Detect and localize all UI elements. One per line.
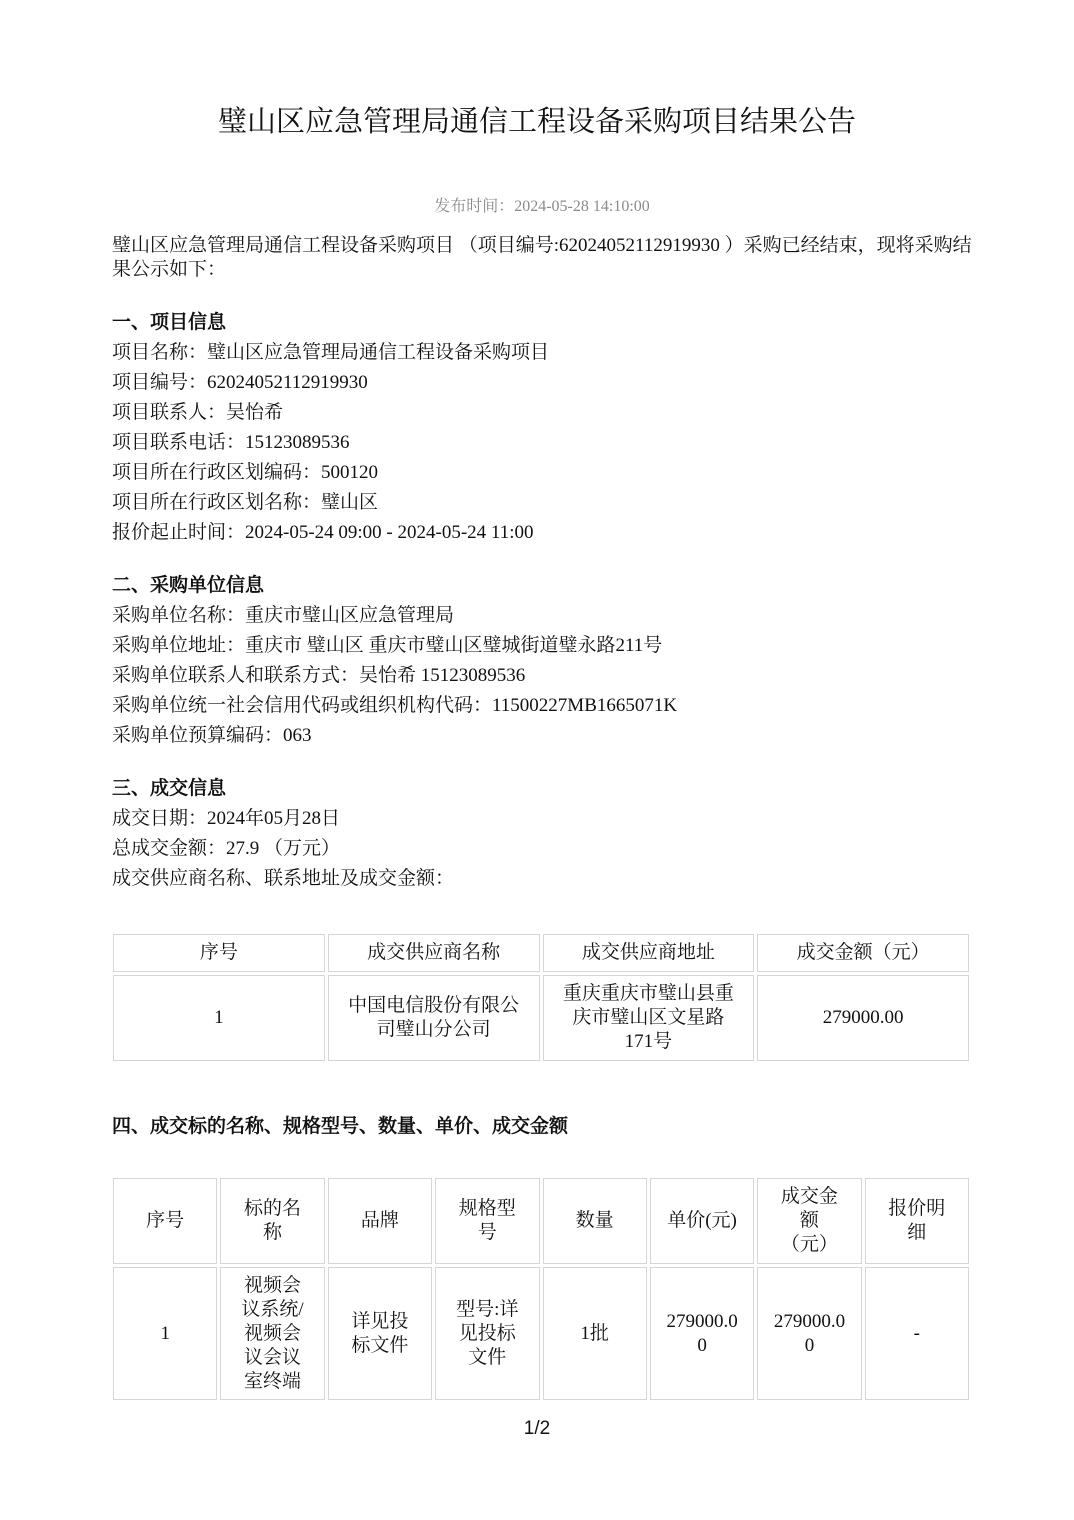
cell-quantity: 1批: [543, 1267, 647, 1400]
page-number: 1/2: [0, 1418, 1074, 1440]
section-deal-info: 三、成交信息 成交日期：2024年05月28日 总成交金额：27.9 （万元） …: [112, 774, 972, 894]
header-index: 序号: [113, 1178, 217, 1264]
supplier-address-text: 重庆重庆市璧山县重庆市璧山区文星路171号: [560, 982, 736, 1054]
supplier-name-text: 中国电信股份有限公司璧山分公司: [346, 994, 522, 1042]
brand-text: 详见投标文件: [348, 1310, 412, 1358]
section-heading: 二、采购单位信息: [112, 571, 972, 601]
header-supplier-address: 成交供应商地址: [543, 934, 755, 972]
header-spec-text: 规格型号: [455, 1197, 519, 1245]
total-amount: 总成交金额：27.9 （万元）: [112, 834, 972, 864]
cell-detail: -: [865, 1267, 969, 1400]
header-amount-text: 成交金额（元）: [777, 1185, 841, 1257]
table-header-row: 序号 成交供应商名称 成交供应商地址 成交金额（元）: [113, 934, 969, 972]
header-spec: 规格型号: [435, 1178, 539, 1264]
purchaser-budget-code: 采购单位预算编码：063: [112, 721, 972, 751]
table-row: 1 中国电信股份有限公司璧山分公司 重庆重庆市璧山县重庆市璧山区文星路171号 …: [113, 975, 969, 1061]
cell-brand: 详见投标文件: [328, 1267, 432, 1400]
purchaser-address: 采购单位地址：重庆市 璧山区 重庆市璧山区璧城街道璧永路211号: [112, 631, 972, 661]
section-purchaser-info: 二、采购单位信息 采购单位名称：重庆市璧山区应急管理局 采购单位地址：重庆市 璧…: [112, 571, 972, 751]
cell-item-name: 视频会议系统/视频会议会议室终端: [220, 1267, 324, 1400]
cell-supplier-name: 中国电信股份有限公司璧山分公司: [328, 975, 540, 1061]
supplier-table: 序号 成交供应商名称 成交供应商地址 成交金额（元） 1 中国电信股份有限公司璧…: [110, 931, 972, 1064]
publish-time: 发布时间：2024-05-28 14:10:00: [0, 195, 1074, 219]
cell-unit-price: 279000.00: [650, 1267, 754, 1400]
region-code: 项目所在行政区划编码：500120: [112, 458, 972, 488]
purchaser-contact: 采购单位联系人和联系方式：吴怡希 15123089536: [112, 661, 972, 691]
header-detail: 报价明细: [865, 1178, 969, 1264]
deal-date: 成交日期：2024年05月28日: [112, 804, 972, 834]
region-name: 项目所在行政区划名称：璧山区: [112, 488, 972, 518]
cell-amount: 279000.00: [757, 1267, 861, 1400]
cell-supplier-address: 重庆重庆市璧山县重庆市璧山区文星路171号: [543, 975, 755, 1061]
header-quantity: 数量: [543, 1178, 647, 1264]
header-item-name-text: 标的名称: [241, 1197, 305, 1245]
cell-amount: 279000.00: [757, 975, 969, 1061]
header-amount: 成交金额（元）: [757, 934, 969, 972]
header-brand: 品牌: [328, 1178, 432, 1264]
purchaser-credit-code: 采购单位统一社会信用代码或组织机构代码：11500227MB1665071K: [112, 691, 972, 721]
project-contact: 项目联系人：吴怡希: [112, 398, 972, 428]
cell-spec: 型号:详见投标文件: [435, 1267, 539, 1400]
header-index: 序号: [113, 934, 325, 972]
project-phone: 项目联系电话：15123089536: [112, 428, 972, 458]
amount-text: 279000.00: [773, 1310, 845, 1358]
section-project-info: 一、项目信息 项目名称：璧山区应急管理局通信工程设备采购项目 项目编号：6202…: [112, 308, 972, 548]
header-item-name: 标的名称: [220, 1178, 324, 1264]
item-name-text: 视频会议系统/视频会议会议室终端: [241, 1274, 305, 1394]
section-heading-items: 四、成交标的名称、规格型号、数量、单价、成交金额: [112, 1112, 568, 1142]
table-row: 1 视频会议系统/视频会议会议室终端 详见投标文件 型号:详见投标文件 1批 2…: [113, 1267, 969, 1400]
section-heading: 三、成交信息: [112, 774, 972, 804]
header-unit-price: 单价(元): [650, 1178, 754, 1264]
cell-index: 1: [113, 1267, 217, 1400]
item-table: 序号 标的名称 品牌 规格型号 数量 单价(元) 成交金额（元） 报价明细 1 …: [110, 1175, 972, 1403]
header-detail-text: 报价明细: [885, 1197, 949, 1245]
purchaser-name: 采购单位名称：重庆市璧山区应急管理局: [112, 601, 972, 631]
cell-index: 1: [113, 975, 325, 1061]
supplier-intro: 成交供应商名称、联系地址及成交金额：: [112, 864, 972, 894]
intro-paragraph: 璧山区应急管理局通信工程设备采购项目 （项目编号:620240521129199…: [112, 234, 982, 282]
project-number: 项目编号：62024052112919930: [112, 368, 972, 398]
project-name: 项目名称：璧山区应急管理局通信工程设备采购项目: [112, 338, 972, 368]
header-supplier-name: 成交供应商名称: [328, 934, 540, 972]
unit-price-text: 279000.00: [666, 1310, 738, 1358]
table-header-row: 序号 标的名称 品牌 规格型号 数量 单价(元) 成交金额（元） 报价明细: [113, 1178, 969, 1264]
quote-period: 报价起止时间：2024-05-24 09:00 - 2024-05-24 11:…: [112, 518, 972, 548]
spec-text: 型号:详见投标文件: [453, 1298, 521, 1370]
section-heading: 一、项目信息: [112, 308, 972, 338]
header-amount: 成交金额（元）: [757, 1178, 861, 1264]
page-title: 璧山区应急管理局通信工程设备采购项目结果公告: [0, 100, 1074, 144]
